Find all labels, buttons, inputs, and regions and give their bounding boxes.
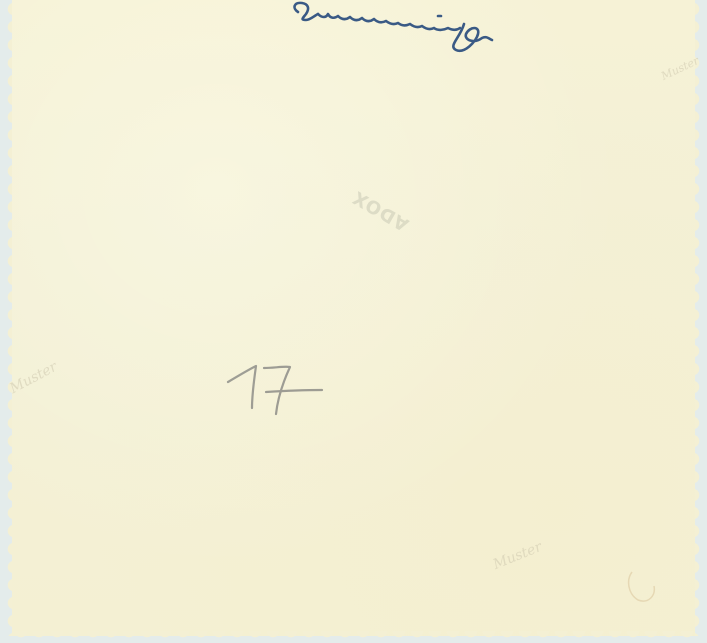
pencil-number: 17 bbox=[222, 358, 332, 422]
photo-back-paper bbox=[12, 0, 695, 636]
deckle-edge-bottom bbox=[12, 631, 695, 641]
handwritten-signature: Dreesmann bbox=[288, 0, 528, 64]
photo-scene: Dreesmann ADOX Muster Muster Muster 17 bbox=[0, 0, 707, 643]
faint-corner-mark bbox=[624, 568, 660, 606]
